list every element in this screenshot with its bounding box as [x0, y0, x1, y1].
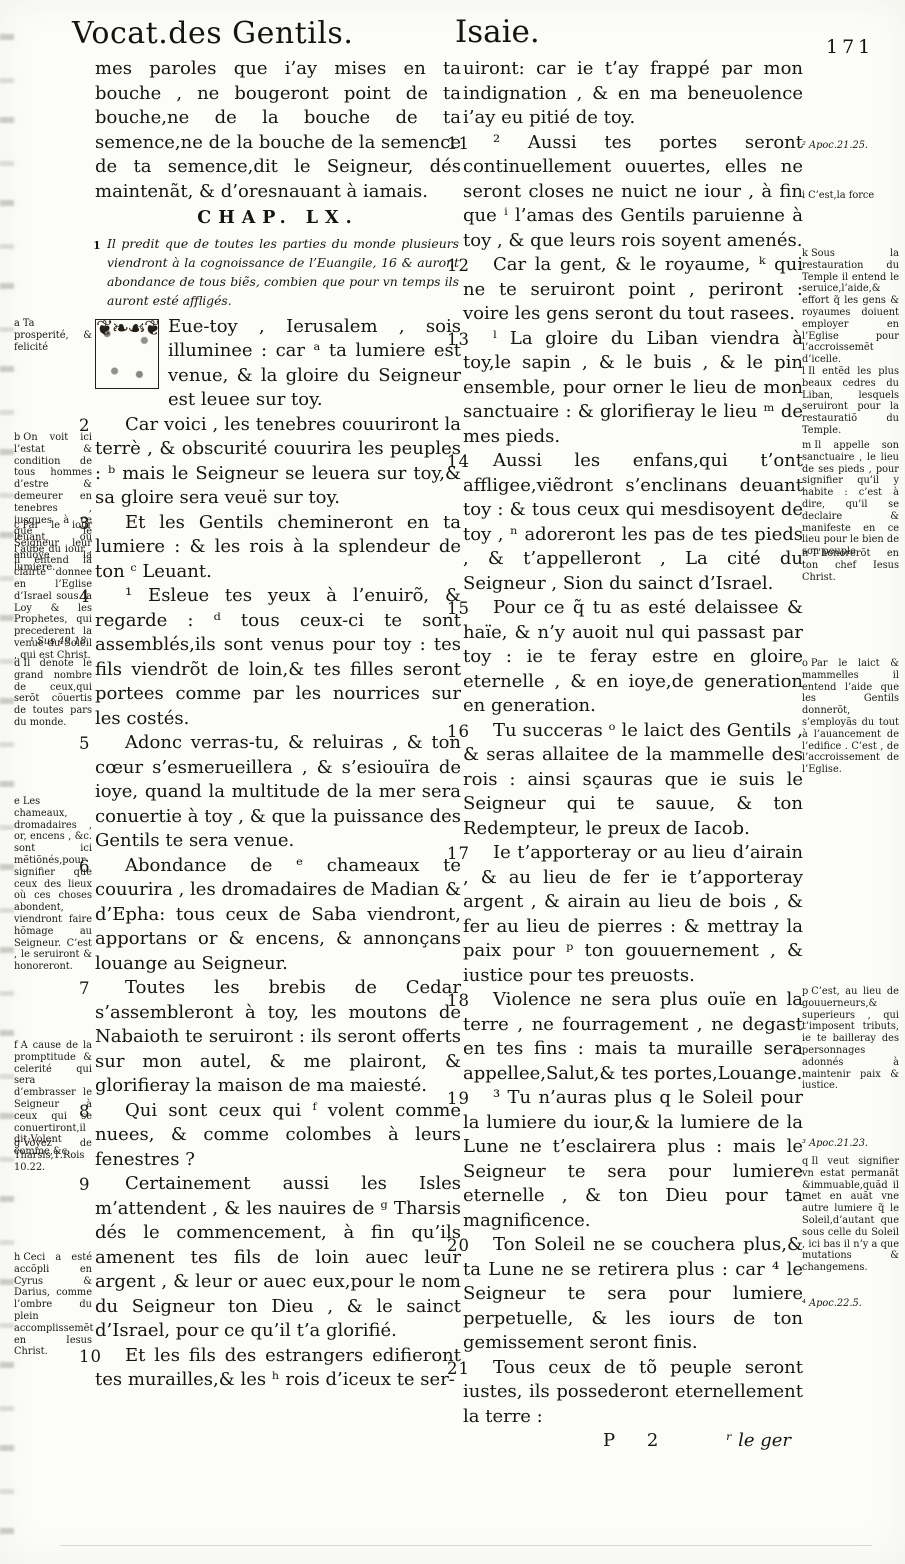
margin-note-label: m	[802, 440, 811, 451]
ornamental-initial-L: ❦❧☙❦❧☙❦❧☙❦❧☙	[95, 319, 159, 389]
verse: 13ˡ La gloire du Liban viendra à toy,le …	[463, 327, 803, 450]
verse: 17Ie t’apporteray or au lieu d’airain , …	[463, 841, 803, 988]
scripture-ref: ³ Apoc.21.23.	[802, 1138, 899, 1150]
margin-note-label: a	[14, 318, 20, 329]
verse: 11² Aussi tes portes seront continuellem…	[463, 131, 803, 254]
margin-note: kSous la restauration du Temple il enten…	[802, 248, 899, 366]
margin-note: lIl entẽd les plus beaux cedres du Liban…	[802, 366, 899, 437]
verse-text: ² Aussi tes portes seront continuellemen…	[463, 132, 803, 251]
verse-number: 13	[447, 328, 470, 353]
verse: 2Car voici , les tenebres couuriront la …	[95, 413, 461, 511]
margin-note: dIl denote le grand nombre de ceux,qui s…	[14, 658, 92, 729]
margin-note-text: ⁴ Apoc.22.5.	[802, 1298, 862, 1309]
verse-number: 14	[447, 450, 470, 475]
continuation-paragraph: mes paroles que i’ay mises en ta bouche …	[95, 57, 461, 204]
margin-note: oPar le laict & mammelles il entend l’ai…	[802, 658, 899, 776]
margin-note-text: C’est, au lieu de gouuerneurs,& superieu…	[802, 986, 899, 1091]
verse-text: ¹ Esleue tes yeux à l’enuirõ, & regarde …	[95, 585, 461, 729]
verse: 4¹ Esleue tes yeux à l’enuirõ, & regarde…	[95, 584, 461, 731]
margin-note-label: c	[14, 520, 20, 531]
verse-text: ³ Tu n’auras plus q le Soleil pour la lu…	[463, 1087, 803, 1231]
argument-text: Il predit que de toutes les parties du m…	[107, 236, 459, 308]
verse-text: Aussi les enfans,qui t’ont affligee,viẽd…	[463, 450, 803, 594]
verse: 3Et les Gentils chemineront en ta lumier…	[95, 511, 461, 585]
verse: 15Pour ce q̃ tu as esté delaissee & haïe…	[463, 596, 803, 719]
verse: 5Adonc verras-tu, & reluiras , & ton cœu…	[95, 731, 461, 854]
margin-note-text: Par le laict & mammelles il entend l’aid…	[802, 658, 899, 775]
verse-number: 5	[79, 732, 91, 757]
verse-text: Eue-toy , Ierusalem , sois illuminee : c…	[168, 316, 461, 411]
verse-number: 21	[447, 1357, 470, 1382]
margin-note-text: C’est,la force	[808, 190, 874, 201]
verse: 12Car la gent, & le royaume, ᵏ qui ne te…	[463, 253, 803, 327]
verse: 19³ Tu n’auras plus q le Soleil pour la …	[463, 1086, 803, 1233]
argument-marker: 1	[93, 236, 101, 255]
verse: 6Abondance de ᵉ chameaux te couurira , l…	[95, 854, 461, 977]
margin-note-text: ¹ Sus 49.18.	[30, 636, 89, 647]
margin-note-text: Les chameaux, dromadaires , or, encens ,…	[14, 796, 92, 972]
running-title-left: Vocat.des Gentils.	[72, 16, 353, 51]
margin-note: eLes chameaux, dromadaires , or, encens …	[14, 796, 92, 973]
verse-text: Ton Soleil ne se couchera plus,& ta Lune…	[463, 1234, 803, 1353]
continuation-paragraph: uiront: car ie t’ay frappé par mon indig…	[463, 57, 803, 131]
verse-text: Qui sont ceux qui ᶠ volent comme nuees, …	[95, 1100, 461, 1170]
verse-text: Tous ceux de tõ peuple seront iustes, il…	[463, 1357, 803, 1427]
verse-number: 7	[79, 977, 91, 1002]
bottom-rule	[60, 1545, 872, 1546]
margin-note-label: b	[14, 432, 20, 443]
verse: 10Et les fils des estrangers edifieront …	[95, 1344, 461, 1393]
verse: 8Qui sont ceux qui ᶠ volent comme nuees,…	[95, 1099, 461, 1173]
verse-number: 20	[447, 1234, 470, 1259]
margin-note-text: ³ Apoc.21.23.	[802, 1138, 868, 1149]
margin-note-text: Il entẽd les plus beaux cedres du Liban,…	[802, 366, 899, 436]
margin-note-text: T’honorerõt en ton chef Iesus Christ.	[802, 548, 899, 583]
verse-number: 16	[447, 720, 470, 745]
margin-note-text: Ceci a esté accõpli en Cyrus & Darius, c…	[14, 1252, 93, 1357]
verse-number: 17	[447, 842, 470, 867]
scripture-ref: ⁴ Apoc.22.5.	[802, 1298, 899, 1310]
verse-number: 9	[79, 1173, 91, 1198]
verse-text: Et les fils des estrangers edifieront te…	[95, 1345, 461, 1391]
verse: 18Violence ne sera plus ouïe en la terre…	[463, 988, 803, 1086]
margin-note-label: e	[14, 796, 20, 807]
margin-note-label: p	[802, 986, 808, 997]
margin-note: aTa prosperité, & felicité	[14, 318, 92, 353]
verse-text: Abondance de ᵉ chameaux te couurira , le…	[95, 855, 461, 974]
margin-note-label: d	[14, 658, 20, 669]
scripture-ref: ² Apoc.21.25.	[802, 140, 899, 152]
verse-text: Et les Gentils chemineront en ta lumiere…	[95, 512, 461, 582]
margin-note-text: Voyez de Tharsis,1.Rois 10.22.	[14, 1138, 92, 1173]
verse-text: Car voici , les tenebres couuriront la t…	[95, 414, 461, 509]
margin-note-text: ² Apoc.21.25.	[802, 140, 868, 151]
verse-number: 18	[447, 989, 470, 1014]
verse-text: Ie t’apporteray or au lieu d’airain , & …	[463, 842, 803, 986]
verse: ❦❧☙❦❧☙❦❧☙❦❧☙Eue-toy , Ierusalem , sois i…	[95, 315, 461, 413]
verse-text: Violence ne sera plus ouïe en la terre ,…	[463, 989, 803, 1084]
margin-note: iC’est,la force	[802, 190, 899, 202]
verse-number: 11	[447, 132, 470, 157]
margin-note-text: Il veut signifier vn estat permanãt &imm…	[802, 1156, 899, 1273]
margin-note-label: l	[802, 366, 805, 377]
margin-note-text: Ta prosperité, & felicité	[14, 318, 92, 353]
verse: 21Tous ceux de tõ peuple seront iustes, …	[463, 1356, 803, 1430]
margin-note-label: o	[802, 658, 808, 669]
margin-note: mIl appelle son sanctuaire , le lieu de …	[802, 440, 899, 558]
text-column-right: uiront: car ie t’ay frappé par mon indig…	[463, 57, 803, 1454]
scripture-ref: ¹ Sus 49.18.	[30, 636, 108, 648]
margin-note-label: i	[802, 190, 805, 201]
signature-line: P 2 ʳ le ger	[463, 1429, 803, 1454]
verse-text: Adonc verras-tu, & reluiras , & ton cœur…	[95, 732, 461, 851]
verse: 16Tu succeras ᵒ le laict des Gentils , &…	[463, 719, 803, 842]
verse-number: 12	[447, 254, 470, 279]
verse-text: ˡ La gloire du Liban viendra à toy,le sa…	[463, 328, 803, 447]
chapter-argument: 1Il predit que de toutes les parties du …	[107, 234, 459, 310]
margin-note-label: q	[802, 1156, 808, 1167]
verse-text: Car la gent, & le royaume, ᵏ qui ne te s…	[463, 254, 803, 324]
margin-note: hCeci a esté accõpli en Cyrus & Darius, …	[14, 1252, 92, 1358]
margin-note: qIl veut signifier vn estat permanãt &im…	[802, 1156, 899, 1274]
page-number: 171	[826, 36, 874, 58]
verse: 9Certainement aussi les Isles m’attenden…	[95, 1172, 461, 1344]
margin-note-text: Il appelle son sanctuaire , le lieu de s…	[802, 440, 899, 557]
margin-note-label: n	[802, 548, 808, 559]
margin-note-text: Il denote le grand nombre de ceux,qui se…	[14, 658, 92, 728]
chapter-heading: CHAP. LX.	[95, 206, 461, 231]
verse-text: Tu succeras ᵒ le laict des Gentils , & s…	[463, 720, 803, 839]
text-column-left: mes paroles que i’ay mises en ta bouche …	[95, 57, 461, 1393]
verse-text: Toutes les brebis de Cedar s’assembleron…	[95, 977, 461, 1096]
verse: 20Ton Soleil ne se couchera plus,& ta Lu…	[463, 1233, 803, 1356]
margin-note-text: Sous la restauration du Temple il entend…	[802, 248, 899, 365]
verse: 14Aussi les enfans,qui t’ont affligee,vi…	[463, 449, 803, 596]
verse: 7Toutes les brebis de Cedar s’assemblero…	[95, 976, 461, 1099]
verse-text: Certainement aussi les Isles m’attendent…	[95, 1173, 461, 1341]
margin-note-label: h	[14, 1252, 20, 1263]
signature-mark: P 2	[603, 1429, 658, 1454]
page-edge-bleed	[0, 0, 14, 1564]
margin-note-label: f	[14, 1040, 18, 1051]
margin-note-label: g	[14, 1138, 20, 1149]
catchword: ʳ le ger	[726, 1429, 803, 1454]
margin-note: gVoyez de Tharsis,1.Rois 10.22.	[14, 1138, 92, 1173]
verse-text: Pour ce q̃ tu as esté delaissee & haïe, …	[463, 597, 803, 716]
book-page: Vocat.des Gentils. Isaie. 171 mes parole…	[0, 0, 905, 1564]
verse-number: 19	[447, 1087, 470, 1112]
margin-note: nT’honorerõt en ton chef Iesus Christ.	[802, 548, 899, 583]
margin-note: pC’est, au lieu de gouuerneurs,& superie…	[802, 986, 899, 1092]
running-title-center: Isaie.	[455, 14, 540, 50]
verse-number: 15	[447, 597, 470, 622]
margin-note-label: k	[802, 248, 808, 259]
